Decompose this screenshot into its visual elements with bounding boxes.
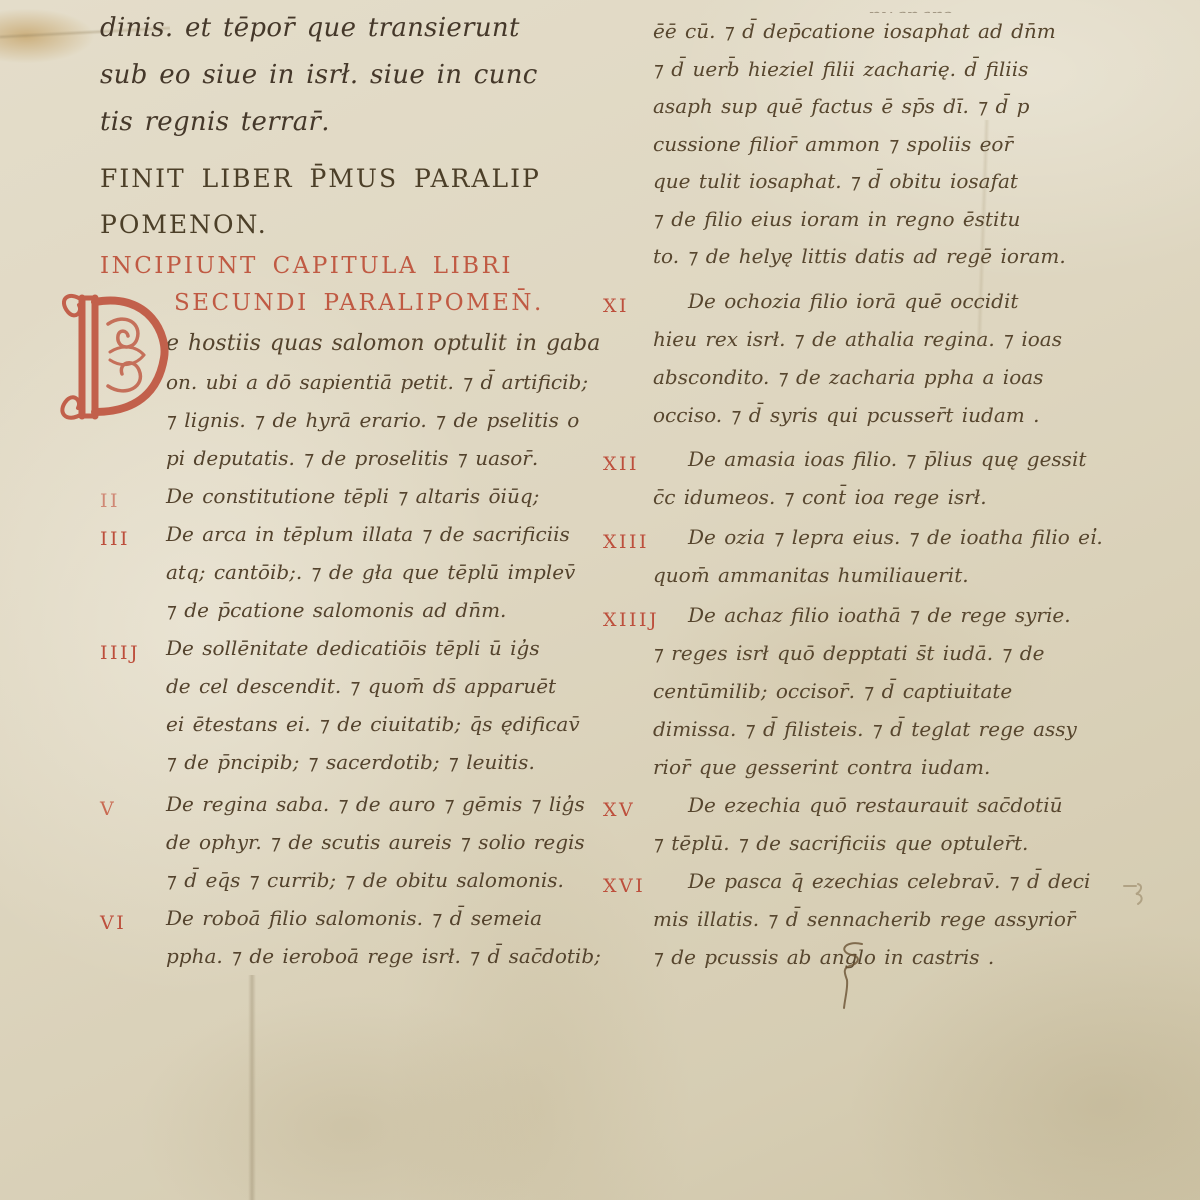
text-line: ei ētestans ei. ⁊ de ciuitatib; q̄s ędif… <box>166 705 536 743</box>
chapter-entry-XIII: XIIIDe ozia ⁊ lepra eius. ⁊ de ioatha fi… <box>653 518 1065 594</box>
text-line: dimissa. ⁊ d̄ filisteis. ⁊ d̄ teglat reg… <box>653 710 1065 748</box>
text-line: SECUNDI PARALIPOMEN̄. <box>174 285 536 322</box>
text-line: que tulit iosaphat. ⁊ d̄ obitu iosafat <box>653 163 1065 201</box>
text-line: occiso. ⁊ d̄ syris qui pcusser̄t iudam . <box>653 396 1065 434</box>
chapter-entry-XV: XVDe ezechia quō restaurauit sac̄dotiū⁊ … <box>653 786 1065 862</box>
text-line: De amasia ioas filio. ⁊ p̄lius quę gessi… <box>653 440 1065 478</box>
manuscript-page: dinis. et tēpor̄ que transieruntsub eo s… <box>0 0 1200 1200</box>
text-line: De arca in tēplum illata ⁊ de sacrificii… <box>166 515 536 553</box>
chapter-entry-XII: XIIDe amasia ioas filio. ⁊ p̄lius quę ge… <box>653 440 1065 516</box>
text-line: pi deputatis. ⁊ de proselitis ⁊ uasor̄. <box>166 439 536 477</box>
text-line: centūmilib; occisor̄. ⁊ d̄ captiuitate <box>653 672 1065 710</box>
text-line: cussione filior̄ ammon ⁊ spoliis eor̄ <box>653 126 1065 164</box>
chapter-numeral: XII <box>603 445 639 483</box>
pen-mark-icon <box>1118 876 1148 910</box>
continuation-text: ēē cū. ⁊ d̄ dep̄catione iosaphat ad dn̄m… <box>653 13 1065 276</box>
text-line: ⁊ lignis. ⁊ de hyrā erario. ⁊ de pseliti… <box>166 401 536 439</box>
text-line: De ozia ⁊ lepra eius. ⁊ de ioatha filio … <box>653 518 1065 556</box>
text-line: e hostiis quas salomon optulit in gaba <box>166 325 536 363</box>
text-line: on. ubi a dō sapientiā petit. ⁊ d̄ artif… <box>166 363 536 401</box>
text-line: sub eo siue in isrł. siue in cunc <box>100 52 536 99</box>
chapter-entry-III: IIIDe arca in tēplum illata ⁊ de sacrifi… <box>100 515 536 629</box>
chapter-entry-IIIJ: IIIJDe sollēnitate dedicatiōis tēpli ū i… <box>100 629 536 781</box>
text-line: ⁊ d̄ uerb̄ hieziel filii zacharię. d̄ fi… <box>653 51 1065 89</box>
pen-flourish-icon <box>828 938 874 1012</box>
text-line: ⁊ tēplū. ⁊ de sacrificiis que optuler̄t. <box>653 824 1065 862</box>
text-line: FINIT LIBER P̄MUS PARALIP <box>100 156 536 202</box>
text-line: De constitutione tēpli ⁊ altaris ōiūq; <box>166 477 536 515</box>
chapter-numeral: XIII <box>603 523 649 561</box>
text-line: De pasca q̄ ezechias celebrav̄. ⁊ d̄ dec… <box>653 862 1065 900</box>
text-line: de ophyr. ⁊ de scutis aureis ⁊ solio reg… <box>166 823 536 861</box>
chapter-numeral: XVI <box>603 867 645 905</box>
text-line: ppha. ⁊ de ieroboā rege isrł. ⁊ d̄ sac̄d… <box>166 937 536 975</box>
text-line: rior̄ que gesserint contra iudam. <box>653 748 1065 786</box>
illuminated-initial-D <box>52 284 180 430</box>
text-line: abscondito. ⁊ de zacharia ppha a ioas <box>653 358 1065 396</box>
text-line: de cel descendit. ⁊ quom̄ ds̄ apparuēt <box>166 667 536 705</box>
explicit-finit: FINIT LIBER P̄MUS PARALIPPOMENON. <box>100 156 536 248</box>
text-line: quom̄ ammanitas humiliauerit. <box>653 556 1065 594</box>
text-line: De ezechia quō restaurauit sac̄dotiū <box>653 786 1065 824</box>
text-line: ⁊ de filio eius ioram in regno ēstitu <box>653 201 1065 239</box>
left-text-column: dinis. et tēpor̄ que transieruntsub eo s… <box>100 0 536 975</box>
text-line: INCIPIUNT CAPITULA LIBRI <box>100 248 536 285</box>
cropped-line-fragment: pugnare <box>868 0 1065 13</box>
text-line: hieu rex isrł. ⁊ de athalia regina. ⁊ io… <box>653 320 1065 358</box>
text-line: asaph sup quē factus ē sp̄s dī. ⁊ d̄ p <box>653 88 1065 126</box>
text-line: pugnare <box>868 0 1065 13</box>
chapter-entry-VI: VIDe roboā filio salomonis. ⁊ d̄ semeiap… <box>100 899 536 975</box>
text-line: De ochozia filio iorā quē occidit <box>653 282 1065 320</box>
text-line: ⁊ reges isrł quō depptati s̄t iudā. ⁊ de <box>653 634 1065 672</box>
text-line: De sollēnitate dedicatiōis tēpli ū ig̓s <box>166 629 536 667</box>
text-line: ⁊ de p̄catione salomonis ad dn̄m. <box>166 591 536 629</box>
chapter-entry-V: VDe regina saba. ⁊ de auro ⁊ gēmis ⁊ lig… <box>100 785 536 899</box>
text-line: De regina saba. ⁊ de auro ⁊ gēmis ⁊ lig̓… <box>166 785 536 823</box>
fold-crease-bottom <box>248 975 256 1200</box>
lombardic-initial-drawing <box>52 284 180 430</box>
text-line: to. ⁊ de helyę littis datis ad regē iora… <box>653 238 1065 276</box>
text-line: ⁊ d̄ eq̄s ⁊ currib; ⁊ de obitu salomonis… <box>166 861 536 899</box>
chapter-numeral: III <box>100 520 130 558</box>
text-line: dinis. et tēpor̄ que transierunt <box>100 5 536 52</box>
text-line: ēē cū. ⁊ d̄ dep̄catione iosaphat ad dn̄m <box>653 13 1065 51</box>
text-line: c̄c idumeos. ⁊ cont̄ ioa rege isrł. <box>653 478 1065 516</box>
chapter-entry-XIIIJ: XIIIJDe achaz filio ioathā ⁊ de rege syr… <box>653 596 1065 786</box>
chapter-entry-XI: XIDe ochozia filio iorā quē occidithieu … <box>653 282 1065 434</box>
right-text-column: pugnareēē cū. ⁊ d̄ dep̄catione iosaphat … <box>653 0 1065 976</box>
chapter-entry-II: IIDe constitutione tēpli ⁊ altaris ōiūq; <box>100 477 536 515</box>
text-line: De roboā filio salomonis. ⁊ d̄ semeia <box>166 899 536 937</box>
text-line: atq; cantōib;. ⁊ de gła que tēplū implev… <box>166 553 536 591</box>
text-line: tis regnis terrar̄. <box>100 99 536 146</box>
closing-lines: dinis. et tēpor̄ que transieruntsub eo s… <box>100 5 536 146</box>
chapter-numeral: VI <box>100 904 126 942</box>
text-line: De achaz filio ioathā ⁊ de rege syrie. <box>653 596 1065 634</box>
text-line: ⁊ de p̄ncipib; ⁊ sacerdotib; ⁊ leuitis. <box>166 743 536 781</box>
chapter-numeral: XIIIJ <box>603 601 659 639</box>
text-line: POMENON. <box>100 202 536 248</box>
chapter-numeral: IIIJ <box>100 634 140 672</box>
chapter-numeral: XV <box>603 791 635 829</box>
chapter-numeral: XI <box>603 287 629 325</box>
chapter-numeral: V <box>100 790 116 828</box>
text-line: mis illatis. ⁊ d̄ sennacherib rege assyr… <box>653 900 1065 938</box>
